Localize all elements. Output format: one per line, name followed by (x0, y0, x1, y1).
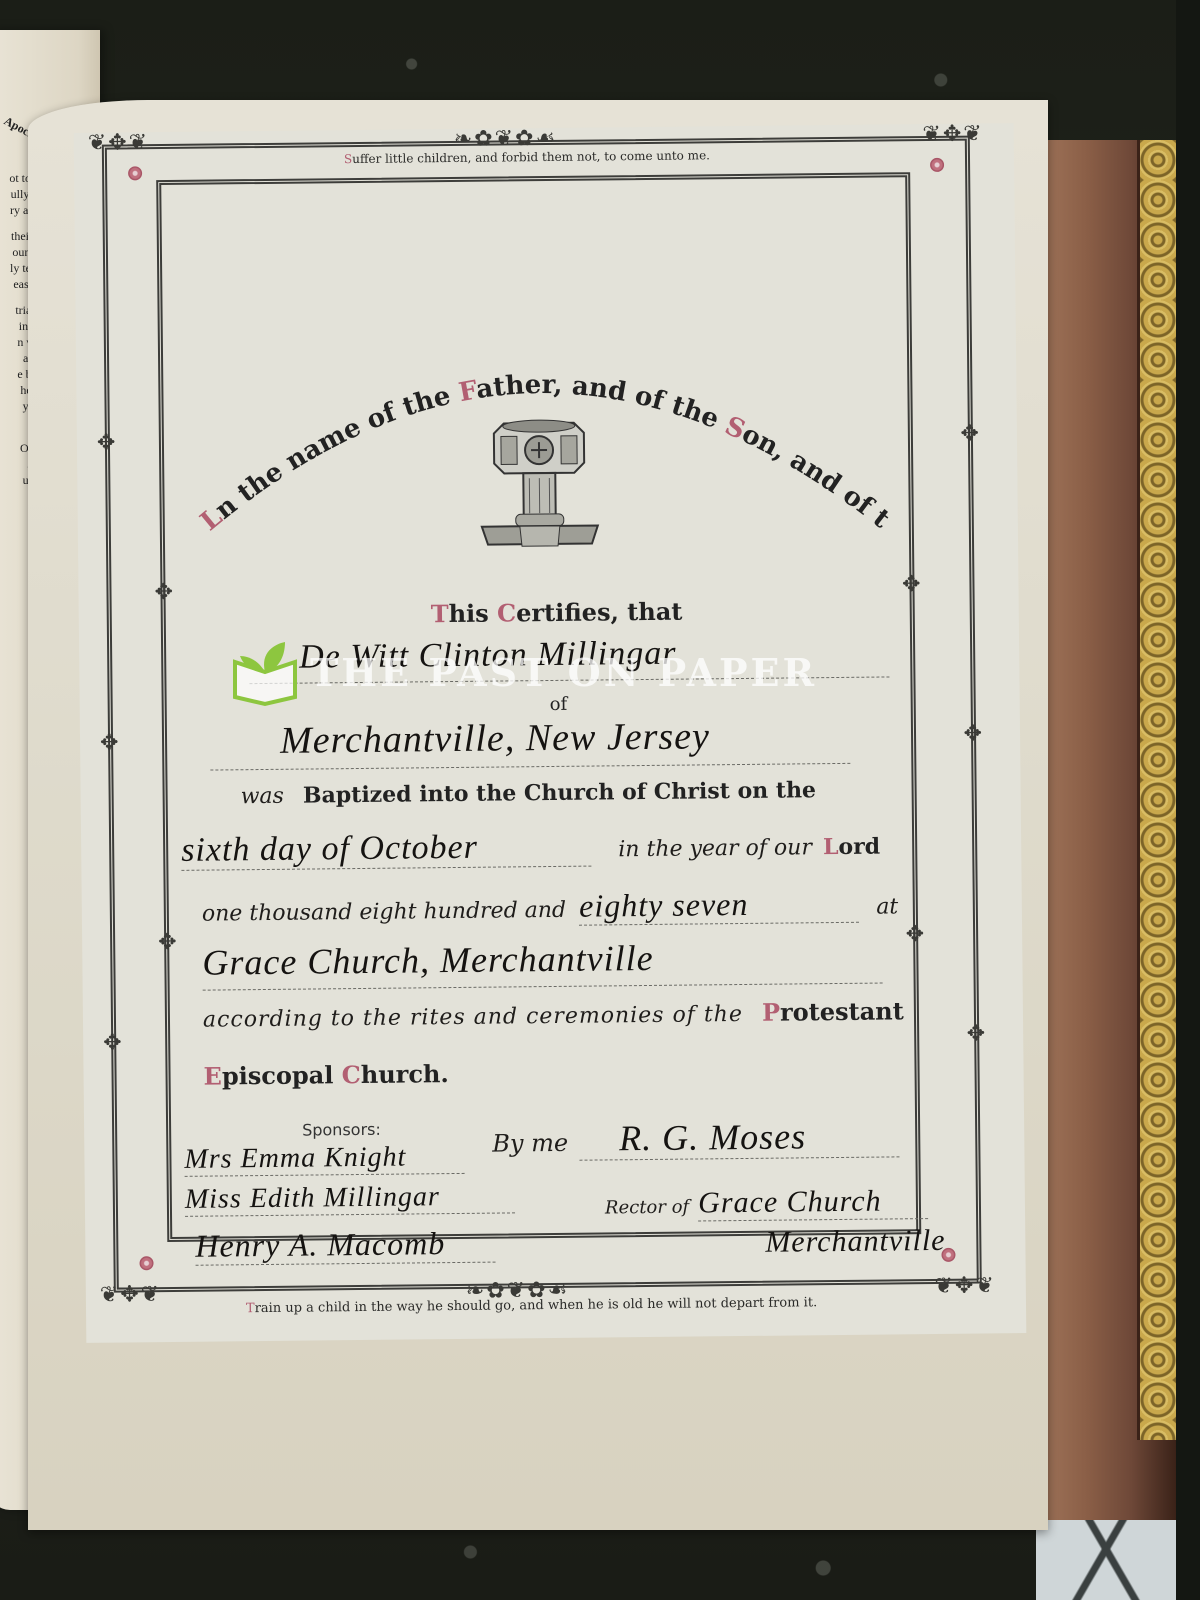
gilt-cover-ornament (1137, 140, 1176, 1440)
side-ornament-icon: ✥ (100, 732, 121, 754)
sponsor-name: Henry A. Macomb (195, 1225, 445, 1264)
church-red-initial: C (342, 1060, 361, 1089)
sponsor-field: Miss Edith Millingar (185, 1180, 515, 1216)
rector-of-label: Rector of (605, 1197, 689, 1219)
sponsor-name: Mrs Emma Knight (184, 1142, 406, 1175)
year-prefix-text: one thousand eight hundred and (202, 898, 566, 927)
protestant-text: rotestant (780, 996, 904, 1026)
church-field: Grace Church, Merchantville (202, 935, 882, 991)
church-name: Grace Church, Merchantville (202, 938, 654, 983)
of-label: of (550, 694, 568, 715)
heading-text: ertifies, that (516, 597, 683, 628)
side-ornament-icon: ✥ (963, 723, 984, 745)
episcopal-church-line: Episcopal Church. (203, 1059, 449, 1091)
rector-church: Grace Church (698, 1185, 882, 1220)
side-ornament-icon: ✥ (960, 423, 981, 445)
protestant-red-initial: P (762, 998, 780, 1027)
officiant-line: By me R. G. Moses (492, 1114, 899, 1161)
red-rosette-icon (128, 166, 142, 180)
rector-line: Rector of Grace Church (605, 1184, 929, 1222)
watermark-text: THE PAST ON PAPER (310, 650, 817, 695)
date-field: sixth day of October (181, 828, 591, 871)
by-me-label: By me (492, 1129, 568, 1158)
church-text: hurch. (361, 1059, 449, 1089)
place-field: Merchantville, New Jersey (210, 713, 850, 771)
at-label: at (876, 894, 898, 919)
was-label: was (241, 784, 285, 809)
corner-ornament-icon: ❦✥❦ (922, 123, 984, 146)
lord-text: ord (838, 834, 880, 860)
birth-place: Merchantville, New Jersey (210, 715, 710, 762)
episcopal-text: piscopal (222, 1060, 342, 1090)
sponsor-field: Henry A. Macomb (195, 1225, 495, 1266)
red-rosette-icon (139, 1256, 153, 1270)
book-leaf-logo-icon (230, 642, 300, 712)
baptism-certificate: ❦✥❦ ❦✥❦ ❦✥❦ ❦✥❦ ❧✿❦✿☙ ❧✿❦✿☙ ✥ ✥ ✥ ✥ ✥ ✥ … (74, 123, 1027, 1343)
corner-ornament-icon: ❦✥❦ (100, 1284, 162, 1307)
certificate-heading: This Certifies, that (431, 597, 683, 629)
side-ornament-icon: ✥ (967, 1023, 988, 1045)
rector-field: Grace Church (698, 1184, 928, 1221)
side-ornament-icon: ✥ (103, 1032, 124, 1054)
watermark: THE PAST ON PAPER (230, 650, 817, 695)
year-field: eighty seven (579, 885, 859, 926)
baptized-into-church-text: Baptized into the Church of Christ on th… (303, 777, 816, 808)
year-line: one thousand eight hundred and eighty se… (202, 884, 899, 929)
officiant-field: R. G. Moses (579, 1114, 899, 1160)
side-ornament-icon: ✥ (97, 433, 118, 455)
heading-text: his (448, 599, 497, 629)
side-ornament-icon: ✥ (906, 924, 927, 946)
episcopal-red-initial: E (203, 1061, 222, 1090)
sponsor-field: Mrs Emma Knight (184, 1141, 464, 1177)
sponsor-name: Miss Edith Millingar (185, 1181, 440, 1215)
baptismal-font-icon (479, 407, 600, 548)
year-value: eighty seven (579, 886, 749, 924)
motto-text: rain up a child in the way he should go,… (255, 1295, 818, 1316)
sponsors-label: Sponsors: (302, 1120, 381, 1140)
side-ornament-icon: ✥ (902, 574, 923, 596)
corner-ornament-icon: ❦✥❦ (934, 1275, 996, 1298)
red-rosette-icon (930, 158, 944, 172)
lord-red-initial: L (823, 834, 839, 860)
side-ornament-icon: ✥ (158, 932, 179, 954)
motto-initial: T (246, 1301, 255, 1316)
bottom-motto: Train up a child in the way he should go… (246, 1295, 817, 1316)
invocation-text: n the name of the (208, 379, 463, 526)
scroll-ornament-icon: ❧✿❦✿☙ (454, 128, 558, 151)
heading-red-initial: C (497, 598, 516, 627)
corner-ornament-icon: ❦✥❦ (88, 132, 150, 155)
officiant-signature: R. G. Moses (579, 1116, 806, 1158)
rector-town: Merchantville (765, 1224, 946, 1260)
year-of-our-label: in the year of our (618, 835, 812, 862)
baptism-day-month: sixth day of October (181, 829, 478, 869)
side-ornament-icon: ✥ (154, 582, 175, 604)
date-line: sixth day of October in the year of our … (181, 825, 880, 871)
heading-red-initial: T (431, 599, 449, 628)
